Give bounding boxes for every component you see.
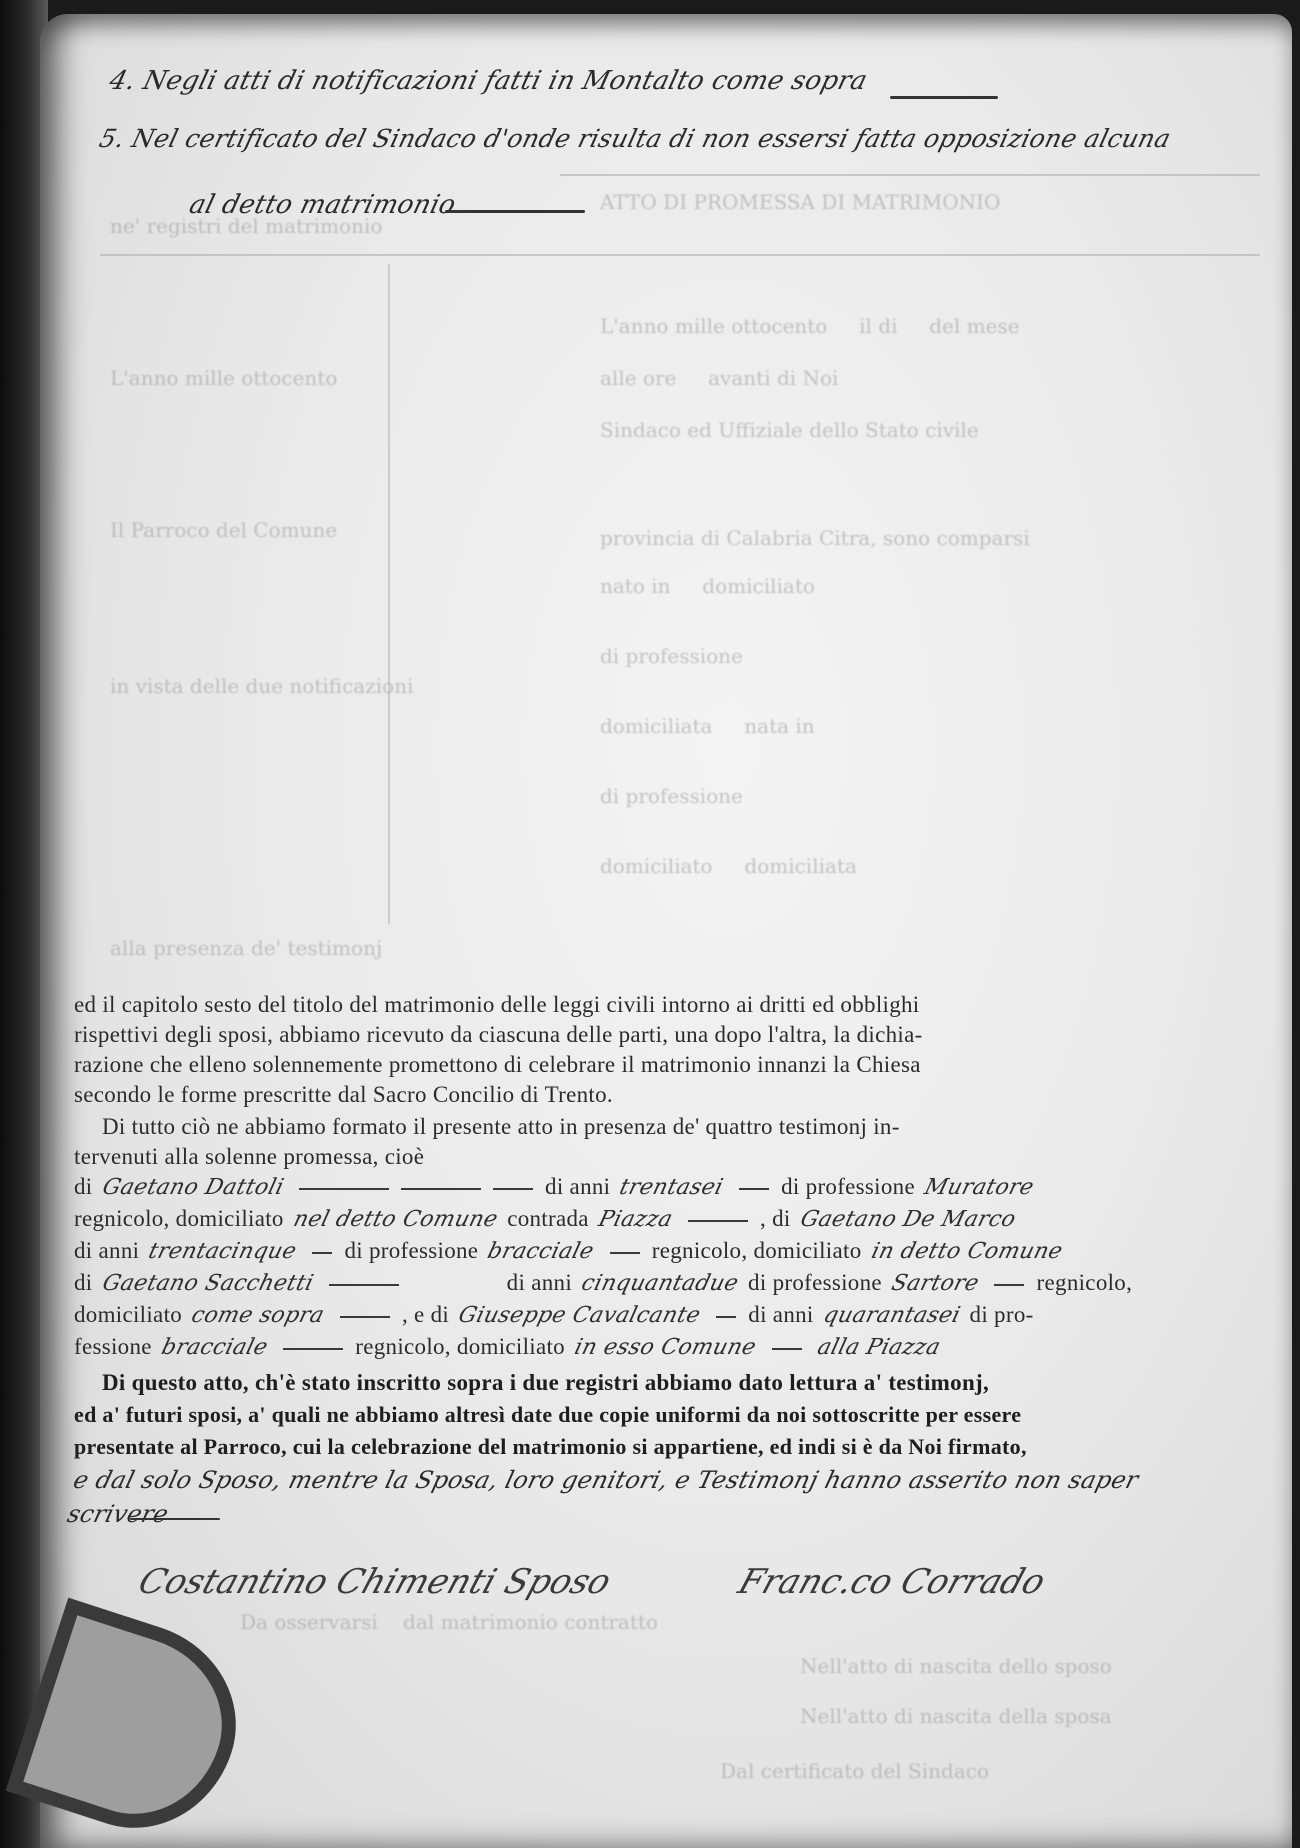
ghost-text: Dal certificato del Sindaco bbox=[720, 1759, 989, 1783]
printed-label: , di bbox=[760, 1206, 791, 1231]
printed-label: di anni bbox=[748, 1302, 813, 1327]
ghost-text: alle ore avanti di Noi bbox=[600, 366, 838, 390]
body-line: tervenuti alla solenne promessa, cioè bbox=[74, 1144, 424, 1170]
witness-profession: Muratore bbox=[922, 1175, 1037, 1200]
witness-line-6: fessione bracciale regnicolo, domiciliat… bbox=[74, 1334, 944, 1360]
witness-name: Gaetano Sacchetti bbox=[99, 1271, 315, 1296]
witness-age: trentacinque bbox=[146, 1239, 299, 1264]
ghost-rule bbox=[100, 254, 1260, 256]
printed-label: di professione bbox=[781, 1174, 915, 1199]
official-signature: Franc.co Corrado bbox=[734, 1562, 1051, 1602]
witness-line-5: domiciliato come sopra , e di Giuseppe C… bbox=[74, 1302, 1034, 1328]
body-line: presentate al Parroco, cui la celebrazio… bbox=[74, 1434, 1027, 1460]
handwritten-note-5: 5. Nel certificato del Sindaco d'onde ri… bbox=[96, 124, 1173, 153]
handwritten-dash bbox=[890, 96, 998, 99]
witness-name: Gaetano De Marco bbox=[798, 1207, 1018, 1232]
groom-signature: Costantino Chimenti Sposo bbox=[134, 1562, 616, 1602]
body-line: ed il capitolo sesto del titolo del matr… bbox=[74, 992, 920, 1018]
witness-age: trentasei bbox=[617, 1175, 726, 1200]
witness-name: Giuseppe Cavalcante bbox=[456, 1303, 703, 1328]
ghost-text: di professione bbox=[600, 784, 743, 808]
body-line: Di tutto ciò ne abbiamo formato il prese… bbox=[102, 1114, 900, 1140]
witness-profession: Sartore bbox=[889, 1271, 982, 1296]
handwritten-dash bbox=[445, 210, 585, 213]
body-line: Di questo atto, ch'è stato inscritto sop… bbox=[102, 1370, 989, 1396]
witness-age: cinquantadue bbox=[579, 1271, 741, 1296]
witness-name: Gaetano Dattoli bbox=[99, 1175, 286, 1200]
ghost-text: Da osservarsi dal matrimonio contratto bbox=[240, 1610, 658, 1634]
note-text: al detto matrimonio bbox=[186, 190, 459, 220]
witness-line-3: di anni trentacinque di professione brac… bbox=[74, 1238, 1066, 1264]
printed-label: contrada bbox=[507, 1206, 589, 1231]
printed-label: regnicolo, domiciliato bbox=[355, 1334, 565, 1359]
note-text: Negli atti di notificazioni fatti in Mon… bbox=[140, 66, 870, 96]
printed-label: di anni bbox=[74, 1238, 139, 1263]
ghost-text: domiciliata nata in bbox=[600, 714, 815, 738]
printed-label: regnicolo, domiciliato bbox=[652, 1238, 862, 1263]
witness-street: alla Piazza bbox=[815, 1335, 943, 1360]
printed-label: di professione bbox=[344, 1238, 478, 1263]
witness-age: quarantasei bbox=[821, 1303, 963, 1328]
witness-profession: bracciale bbox=[485, 1239, 597, 1264]
ghost-text: in vista delle due notificazioni bbox=[110, 674, 414, 698]
witness-line-4: di Gaetano Sacchetti di anni cinquantadu… bbox=[74, 1270, 1132, 1296]
ghost-text: di professione bbox=[600, 644, 743, 668]
printed-label: domiciliato bbox=[74, 1302, 182, 1327]
ghost-text: Il Parroco del Comune bbox=[110, 518, 337, 542]
register-page: ATTO DI PROMESSA DI MATRIMONIO ne' regis… bbox=[40, 14, 1292, 1848]
ghost-text: Nell'atto di nascita della sposa bbox=[800, 1704, 1112, 1728]
witness-domicile: nel detto Comune bbox=[291, 1207, 501, 1232]
printed-label: di pro- bbox=[970, 1302, 1034, 1327]
printed-label: , e di bbox=[402, 1302, 449, 1327]
ghost-text: Nell'atto di nascita dello sposo bbox=[800, 1654, 1112, 1678]
ghost-text: ATTO DI PROMESSA DI MATRIMONIO bbox=[600, 190, 1000, 214]
witness-line-2: regnicolo, domiciliato nel detto Comune … bbox=[74, 1206, 1019, 1232]
witness-street: Piazza bbox=[596, 1207, 675, 1232]
ghost-text: L'anno mille ottocento bbox=[110, 366, 337, 390]
ghost-text: nato in domiciliato bbox=[600, 574, 815, 598]
ghost-text: Sindaco ed Uffiziale dello Stato civile bbox=[600, 418, 979, 442]
printed-label: di anni bbox=[507, 1270, 572, 1295]
note-text: Nel certificato del Sindaco d'onde risul… bbox=[129, 124, 1174, 153]
witness-domicile: come sopra bbox=[189, 1303, 327, 1328]
thumb-holding-page bbox=[6, 1598, 262, 1848]
printed-label: di anni bbox=[545, 1174, 610, 1199]
witness-line-1: di Gaetano Dattoli di anni trentasei di … bbox=[74, 1174, 1037, 1200]
witness-profession: bracciale bbox=[159, 1335, 271, 1360]
column-rule bbox=[388, 264, 390, 924]
handwritten-closing: scrivere bbox=[65, 1500, 172, 1528]
printed-label: regnicolo, domiciliato bbox=[74, 1206, 284, 1231]
witness-domicile: in detto Comune bbox=[868, 1239, 1064, 1264]
handwritten-note-5-cont: al detto matrimonio bbox=[186, 190, 459, 220]
handwritten-dash bbox=[130, 1518, 220, 1520]
printed-label: fessione bbox=[74, 1334, 152, 1359]
handwritten-note-4: 4. Negli atti di notificazioni fatti in … bbox=[106, 66, 870, 96]
body-line: razione che elleno solennemente prometto… bbox=[74, 1052, 921, 1078]
handwritten-closing: e dal solo Sposo, mentre la Sposa, loro … bbox=[71, 1466, 1142, 1494]
printed-label: di bbox=[74, 1174, 93, 1199]
printed-label: di professione bbox=[748, 1270, 882, 1295]
witness-domicile: in esso Comune bbox=[572, 1335, 759, 1360]
ghost-text: domiciliato domiciliata bbox=[600, 854, 857, 878]
ghost-text: alla presenza de' testimonj bbox=[110, 936, 382, 960]
body-line: secondo le forme prescritte dal Sacro Co… bbox=[74, 1082, 613, 1108]
printed-label: regnicolo, bbox=[1037, 1270, 1133, 1295]
printed-label: di bbox=[74, 1270, 93, 1295]
note-number: 4. bbox=[106, 66, 139, 96]
ghost-text: provincia di Calabria Citra, sono compar… bbox=[600, 526, 1030, 550]
body-line: ed a' futuri sposi, a' quali ne abbiamo … bbox=[74, 1402, 1021, 1428]
body-line: rispettivi degli sposi, abbiamo ricevuto… bbox=[74, 1022, 923, 1048]
ghost-rule bbox=[560, 174, 1260, 176]
ghost-text: L'anno mille ottocento il di del mese bbox=[600, 314, 1020, 338]
note-number: 5. bbox=[96, 124, 127, 153]
